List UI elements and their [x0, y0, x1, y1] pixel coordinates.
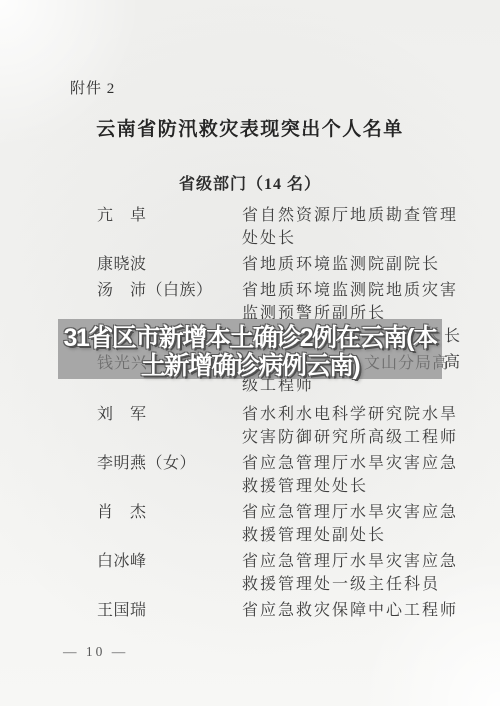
roster-entry: 肖 杰 省应急管理厅水旱灾害应急救援管理处副处长	[97, 501, 463, 547]
banner-headline-line1: 31省区市新增本土确诊2例在云南(本	[58, 324, 442, 352]
entry-title: 省应急管理厅水旱灾害应急救援管理处副处长	[242, 501, 462, 547]
entry-title: 省自然资源厅地质勘查管理处处长	[242, 204, 462, 250]
entry-name: 刘 军	[97, 403, 242, 449]
roster-entry: 康晓波 省地质环境监测院副院长	[97, 253, 463, 276]
entry-name: 白冰峰	[97, 550, 242, 596]
entry-title: 省地质环境监测院副院长	[242, 253, 462, 276]
entry-title: 省水利水电科学研究院水旱灾害防御研究所高级工程师	[242, 403, 462, 449]
section-heading: 省级部门（14 名）	[0, 171, 500, 194]
roster-entry: 刘 军 省水利水电科学研究院水旱灾害防御研究所高级工程师	[97, 403, 463, 449]
roster-entry: 李明燕（女） 省应急管理厅水旱灾害应急救援管理处处长	[97, 452, 463, 498]
page-number: — 10 —	[63, 644, 128, 660]
entry-name: 亢 卓	[97, 204, 242, 250]
roster-list: 亢 卓 省自然资源厅地质勘查管理处处长 康晓波 省地质环境监测院副院长 汤 沛（…	[97, 204, 463, 625]
entry-name: 康晓波	[97, 253, 242, 276]
attachment-label: 附件 2	[70, 77, 115, 98]
roster-entry: 亢 卓 省自然资源厅地质勘查管理处处长	[97, 204, 463, 250]
entry-title: 省应急管理厅水旱灾害应急救援管理处一级主任科员	[242, 550, 462, 596]
entry-name: 肖 杰	[97, 501, 242, 547]
document-title: 云南省防汛救灾表现突出个人名单	[0, 114, 500, 141]
banner-headline: 31省区市新增本土确诊2例在云南(本 土新增确诊病例云南)	[58, 324, 442, 380]
roster-entry: 王国瑞 省应急救灾保障中心工程师	[97, 599, 463, 622]
entry-title: 省应急救灾保障中心工程师	[242, 599, 462, 622]
entry-title: 省应急管理厅水旱灾害应急救援管理处处长	[242, 452, 462, 498]
entry-name: 王国瑞	[97, 599, 242, 622]
news-caption-banner: 钱光兴 长 文山分局高 31省区市新增本土确诊2例在云南(本 土新增确诊病例云南…	[58, 319, 442, 379]
banner-headline-line2: 土新增确诊病例云南)	[58, 352, 442, 380]
entry-name: 李明燕（女）	[97, 452, 242, 498]
roster-entry: 白冰峰 省应急管理厅水旱灾害应急救援管理处一级主任科员	[97, 550, 463, 596]
